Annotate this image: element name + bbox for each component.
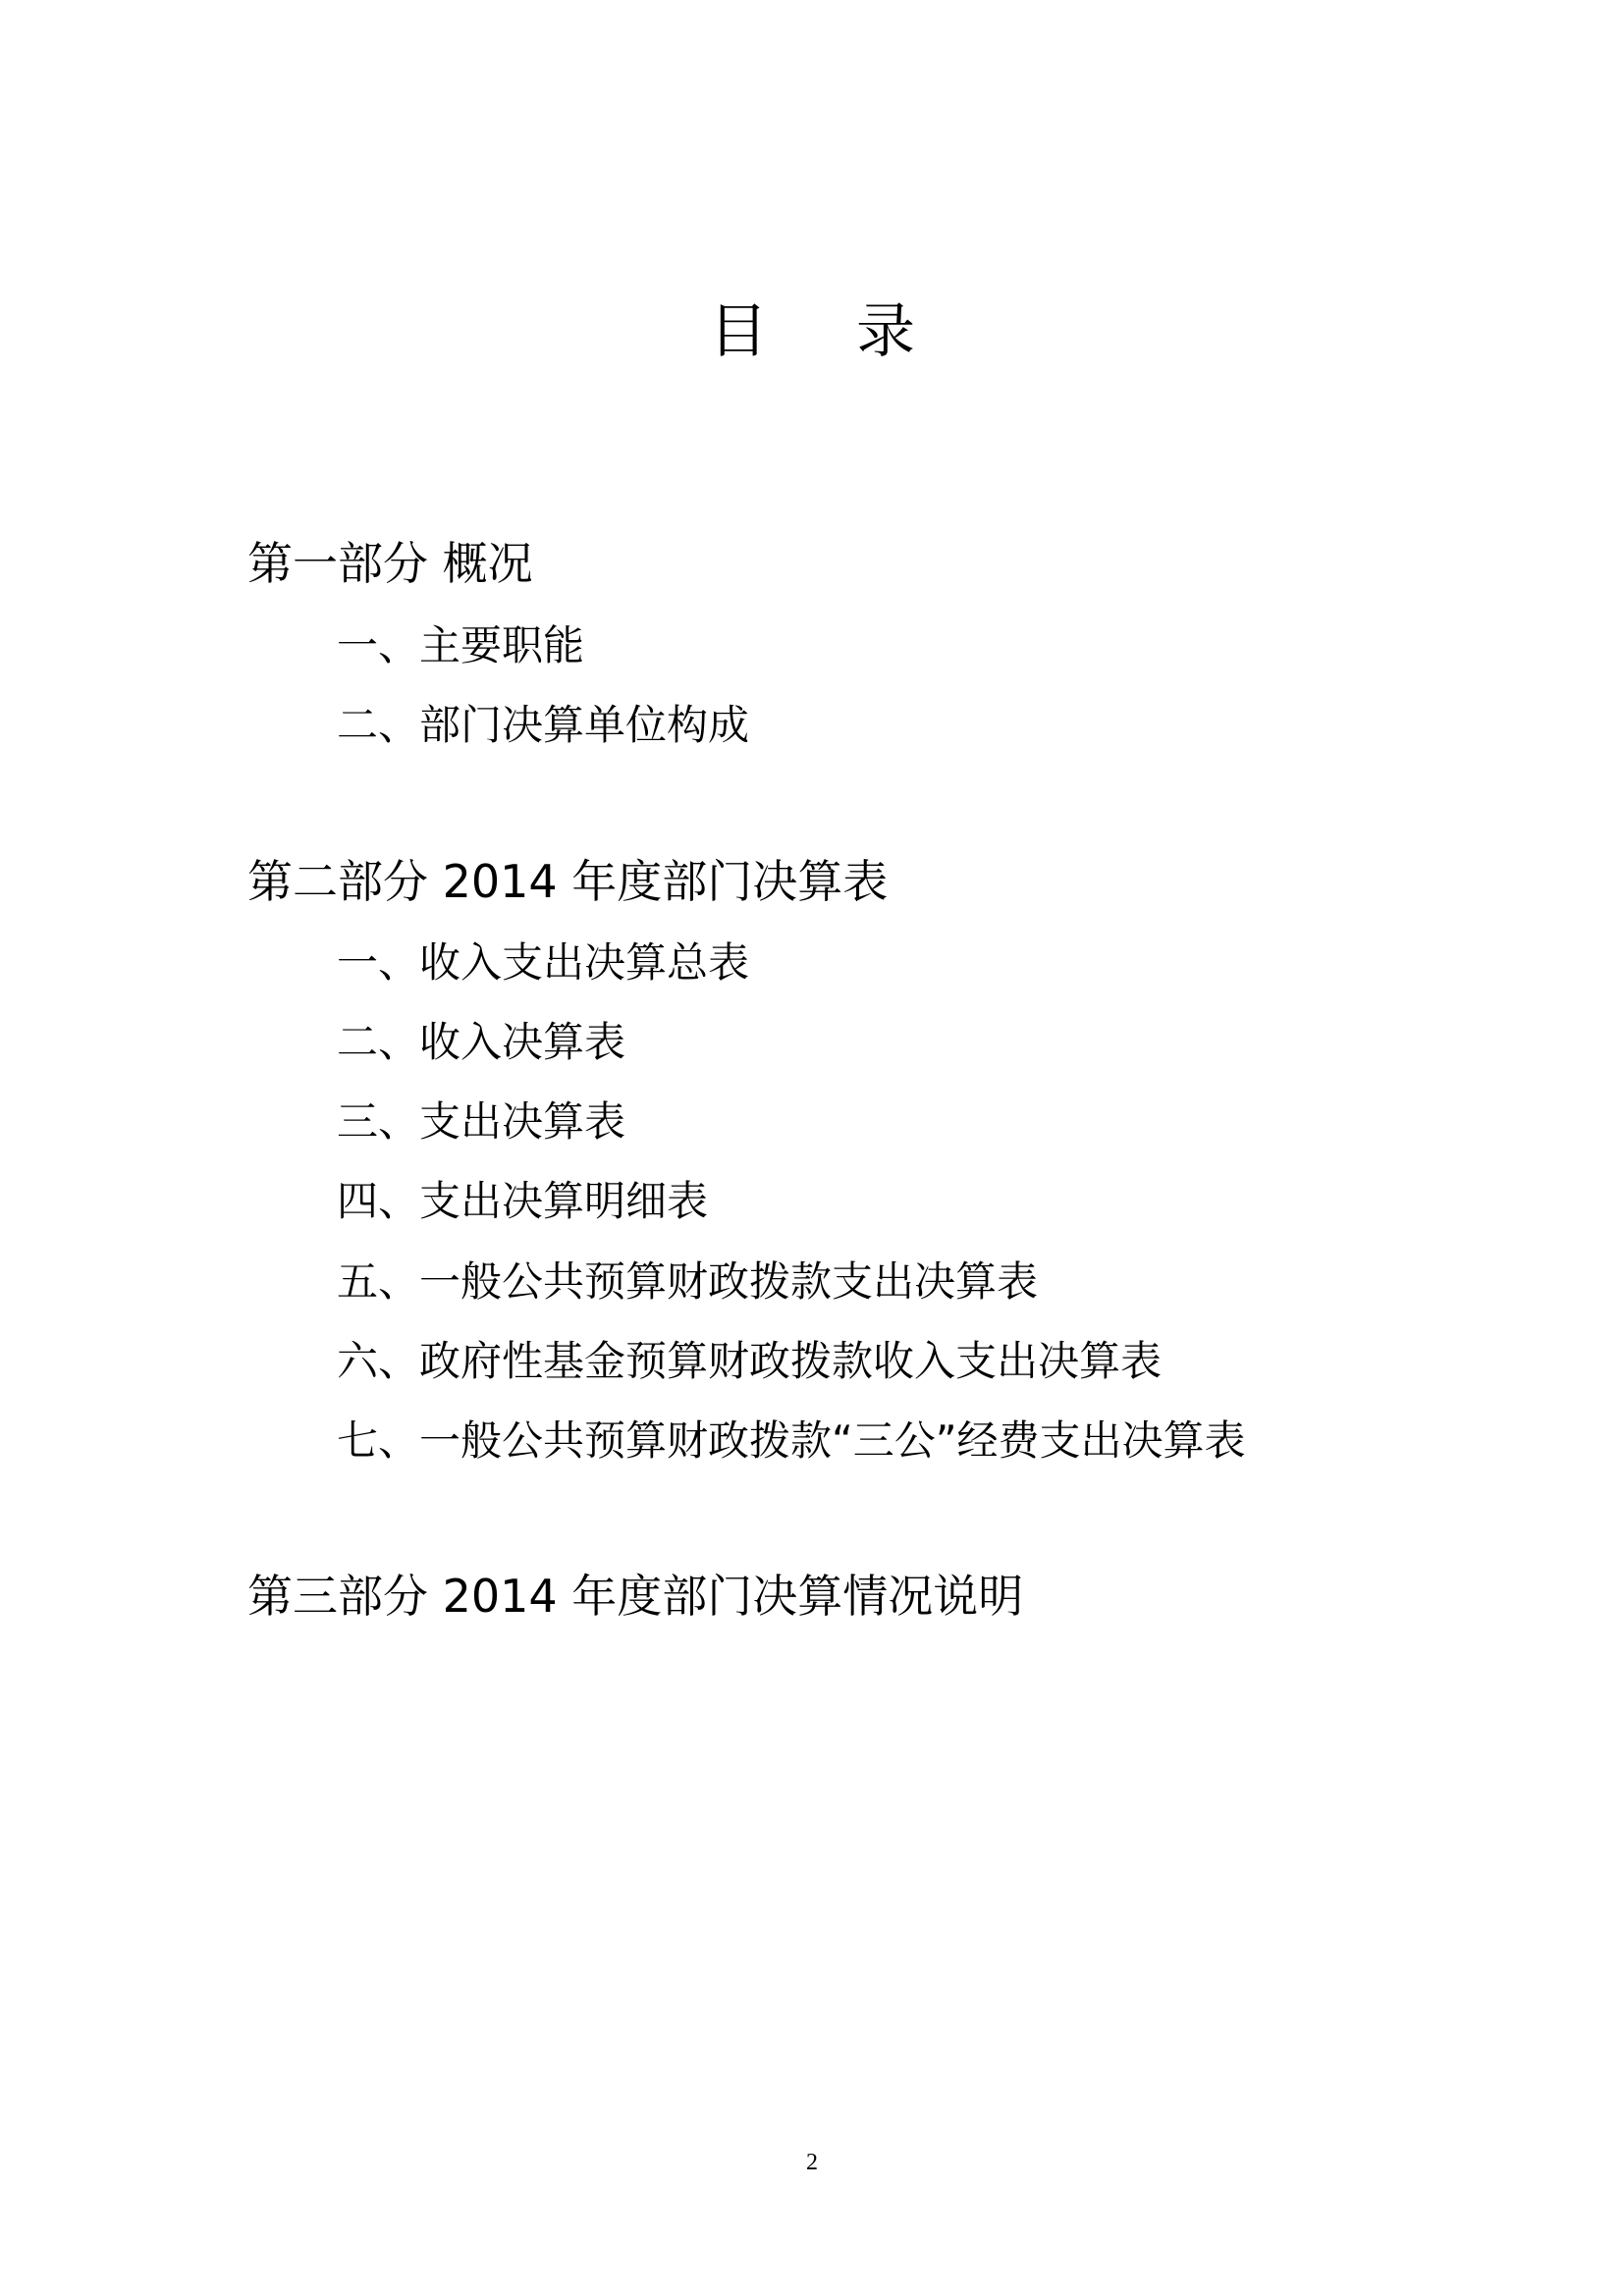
toc-item-2-6[interactable]: 六、政府性基金预算财政拨款收入支出决算表 [337, 1334, 1162, 1389]
page-title: 目录 [0, 285, 1624, 369]
toc-item-1-1[interactable]: 一、主要职能 [337, 618, 584, 673]
toc-section-2-heading[interactable]: 第二部分 2014 年度部门决算表 [247, 852, 888, 911]
toc-item-1-2[interactable]: 二、部门决算单位构成 [337, 698, 749, 753]
toc-item-2-1[interactable]: 一、收入支出决算总表 [337, 935, 749, 990]
page-number: 2 [0, 2150, 1624, 2176]
toc-section-1-heading[interactable]: 第一部分 概况 [247, 534, 533, 593]
toc-item-2-7[interactable]: 七、一般公共预算财政拨款“三公”经费支出决算表 [337, 1414, 1246, 1468]
toc-item-2-3[interactable]: 三、支出决算表 [337, 1095, 625, 1149]
toc-item-2-2[interactable]: 二、收入决算表 [337, 1015, 625, 1070]
title-char-2: 录 [856, 285, 915, 369]
toc-section-3-heading[interactable]: 第三部分 2014 年度部门决算情况说明 [247, 1567, 1023, 1626]
toc-item-2-5[interactable]: 五、一般公共预算财政拨款支出决算表 [337, 1255, 1038, 1309]
title-char-1: 目 [709, 285, 768, 369]
toc-item-2-4[interactable]: 四、支出决算明细表 [337, 1174, 708, 1229]
